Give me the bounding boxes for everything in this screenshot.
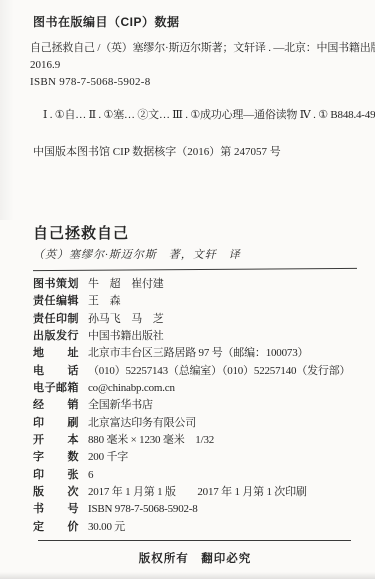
colophon-row-editor: 责任编辑 王 森 — [33, 292, 363, 309]
book-copyright-page: 图书在版编目（CIP）数据 自己拯救自己 /（英）塞缪尔·斯迈尔斯著；文轩译 .… — [0, 0, 375, 579]
row-label: 电 话 — [33, 362, 81, 378]
row-label: 定 价 — [33, 518, 81, 534]
colophon-row-planning: 图书策划 牛 超 崔付建 — [33, 275, 363, 292]
colophon-row-print-supervisor: 责任印制 孙马飞 马 芝 — [33, 310, 363, 327]
colophon-row-sheets: 印 张 6 — [33, 466, 363, 483]
colophon-row-edition: 版 次 2017 年 1 月第 1 版 2017 年 1 月第 1 次印刷 — [33, 483, 363, 500]
row-value: 王 森 — [88, 292, 120, 308]
row-label: 印 张 — [33, 466, 81, 482]
colophon-row-email: 电子邮箱 co@chinabp.com.cn — [33, 379, 363, 396]
cip-classification-line: Ⅰ . ①自… Ⅱ . ①塞… ②文… Ⅲ . ①成功心理—通俗读物 Ⅳ . ①… — [43, 106, 375, 122]
cip-description-line1: 自己拯救自己 /（英）塞缪尔·斯迈尔斯著；文轩译 . —北京：中国书籍出版社， — [30, 39, 375, 55]
row-label: 责任编辑 — [33, 292, 81, 308]
row-value: 2017 年 1 月第 1 版 2017 年 1 月第 1 次印刷 — [88, 483, 307, 499]
copyright-notice: 版权所有 翻印必究 — [30, 550, 360, 566]
cip-record-number: 中国版本图书馆 CIP 数据核字（2016）第 247057 号 — [33, 143, 281, 159]
row-value: （010）52257143（总编室）（010）52257140（发行部） — [88, 362, 350, 378]
row-value: 6 — [88, 469, 93, 481]
row-value: 北京市丰台区三路居路 97 号（邮编：100073） — [88, 344, 308, 360]
row-value: 30.00 元 — [88, 518, 125, 534]
row-label: 版 次 — [33, 483, 81, 499]
row-label: 书 号 — [33, 500, 81, 516]
row-value: 孙马飞 马 芝 — [88, 310, 164, 326]
row-value: 880 毫米 × 1230 毫米 1/32 — [88, 431, 214, 447]
colophon-table: 图书策划 牛 超 崔付建 责任编辑 王 森 责任印制 孙马飞 马 芝 出版发行 … — [33, 275, 363, 535]
row-label: 出版发行 — [33, 327, 81, 343]
colophon-row-address: 地 址 北京市丰台区三路居路 97 号（邮编：100073） — [33, 344, 363, 361]
row-value: co@chinabp.com.cn — [88, 382, 175, 394]
row-label: 经 销 — [33, 396, 81, 412]
row-label: 字 数 — [33, 448, 81, 464]
divider-top — [33, 268, 357, 271]
row-value: 200 千字 — [88, 448, 128, 464]
row-value: 北京富达印务有限公司 — [88, 414, 196, 430]
row-label: 责任印制 — [33, 310, 81, 326]
author-byline: （英）塞缪尔·斯迈尔斯 著，文轩 译 — [33, 246, 241, 262]
row-value: ISBN 978-7-5068-5902-8 — [88, 503, 198, 515]
row-value: 中国书籍出版社 — [88, 327, 164, 343]
colophon-row-phone: 电 话 （010）52257143（总编室）（010）52257140（发行部） — [33, 362, 363, 379]
colophon-row-distribution: 经 销 全国新华书店 — [33, 396, 363, 413]
colophon-row-price: 定 价 30.00 元 — [33, 518, 363, 535]
row-value: 牛 超 崔付建 — [88, 275, 164, 291]
row-label: 地 址 — [33, 344, 81, 360]
cip-header: 图书在版编目（CIP）数据 — [33, 13, 180, 30]
colophon-row-isbn: 书 号 ISBN 978-7-5068-5902-8 — [33, 500, 363, 517]
colophon-row-format: 开 本 880 毫米 × 1230 毫米 1/32 — [33, 431, 363, 448]
row-label: 开 本 — [33, 431, 81, 447]
row-label: 印 刷 — [33, 414, 81, 430]
book-title: 自己拯救自己 — [33, 222, 129, 243]
colophon-row-publisher: 出版发行 中国书籍出版社 — [33, 327, 363, 344]
cip-isbn-line: ISBN 978-7-5068-5902-8 — [30, 76, 151, 88]
divider-bottom — [38, 540, 351, 541]
colophon-row-word-count: 字 数 200 千字 — [33, 448, 363, 465]
colophon-row-printer: 印 刷 北京富达印务有限公司 — [33, 414, 363, 431]
cip-description-line2: 2016.9 — [30, 59, 60, 71]
row-value: 全国新华书店 — [88, 396, 153, 412]
row-label: 图书策划 — [33, 275, 81, 291]
row-label: 电子邮箱 — [33, 379, 81, 395]
